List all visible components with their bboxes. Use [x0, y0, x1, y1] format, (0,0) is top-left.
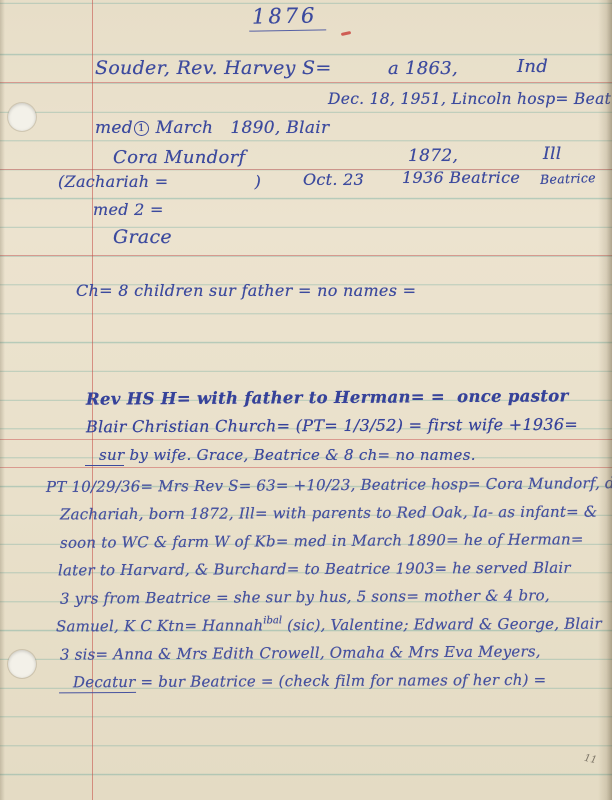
year-heading: 1876: [249, 3, 327, 31]
notes2-line6: Samuel, K C Ktn= Hannahibal (sic), Valen…: [56, 615, 602, 636]
page-number: 11: [583, 753, 598, 766]
circled-one-icon: 1: [134, 121, 149, 136]
notes2-line7: 3 sis= Anna & Mrs Edith Crowell, Omaha &…: [60, 642, 541, 663]
notes2-line5: 3 yrs from Beatrice = she sur by hus, 5 …: [60, 586, 550, 607]
marriage1-line: med1 March 1890, Blair: [95, 118, 329, 138]
marriage1-detail: March 1890, Blair: [150, 118, 329, 138]
notebook-page: 1876 Souder, Rev. Harvey S= a 1863, Ind …: [0, 0, 612, 800]
marriage1-label: med: [95, 118, 133, 138]
paper-edge-right: [598, 0, 612, 800]
paper-edge-left: [0, 0, 5, 800]
notes2-line6-post: (sic), Valentine; Edward & George, Blair: [282, 615, 602, 635]
notes2-line2: Zachariah, born 1872, Ill= with parents …: [60, 503, 597, 524]
notes2-line6-pre: Samuel, K C Ktn= Hannah: [56, 616, 263, 635]
notes1-line3: sur by wife. Grace, Beatrice & 8 ch= no …: [99, 446, 476, 464]
wife1-death-day: Oct. 23: [303, 170, 364, 189]
marriage2-label: med 2 =: [93, 200, 164, 219]
superscript-correction: ibal: [263, 615, 282, 626]
wife1-birth-year: 1872,: [408, 146, 458, 166]
children-note: Ch= 8 children sur father = no names =: [76, 281, 416, 300]
notes1-line3-rest: by wife. Grace, Beatrice & 8 ch= no name…: [124, 446, 475, 464]
notes2-line8-rest: = bur Beatrice = (check film for names o…: [135, 671, 546, 691]
entry-name: Souder, Rev. Harvey S=: [95, 57, 332, 79]
notes1-line2: Blair Christian Church= (PT= 1/3/52) = f…: [86, 415, 578, 437]
entry-death-line: Dec. 18, 1951, Lincoln hosp= Beatrice: [328, 90, 612, 108]
punch-hole-bottom: [8, 650, 36, 678]
notes2-line8: Decatur = bur Beatrice = (check film for…: [73, 671, 546, 691]
wife1-name: Cora Mundorf: [113, 147, 246, 168]
underlined-word: sur: [85, 446, 124, 466]
wife1-birth-state: Ill: [543, 144, 562, 164]
notes2-line3: soon to WC & farm W of Kb= med in March …: [60, 530, 584, 552]
entry-birth-state: Ind: [517, 56, 548, 77]
punch-hole-top: [8, 103, 36, 131]
notes2-line4: later to Harvard, & Burchard= to Beatric…: [58, 559, 571, 580]
wife1-death-year-place: 1936 Beatrice: [402, 168, 520, 187]
notes1-line1: Rev HS H= with father to Herman= = once …: [86, 386, 569, 408]
wife1-father: (Zachariah = ): [58, 172, 261, 191]
entry-birth-year: a 1863,: [388, 58, 458, 79]
wife1-burial-place: Beatrice: [540, 170, 596, 187]
wife2-name: Grace: [113, 226, 172, 248]
underlined-word: Decatur: [59, 673, 136, 693]
